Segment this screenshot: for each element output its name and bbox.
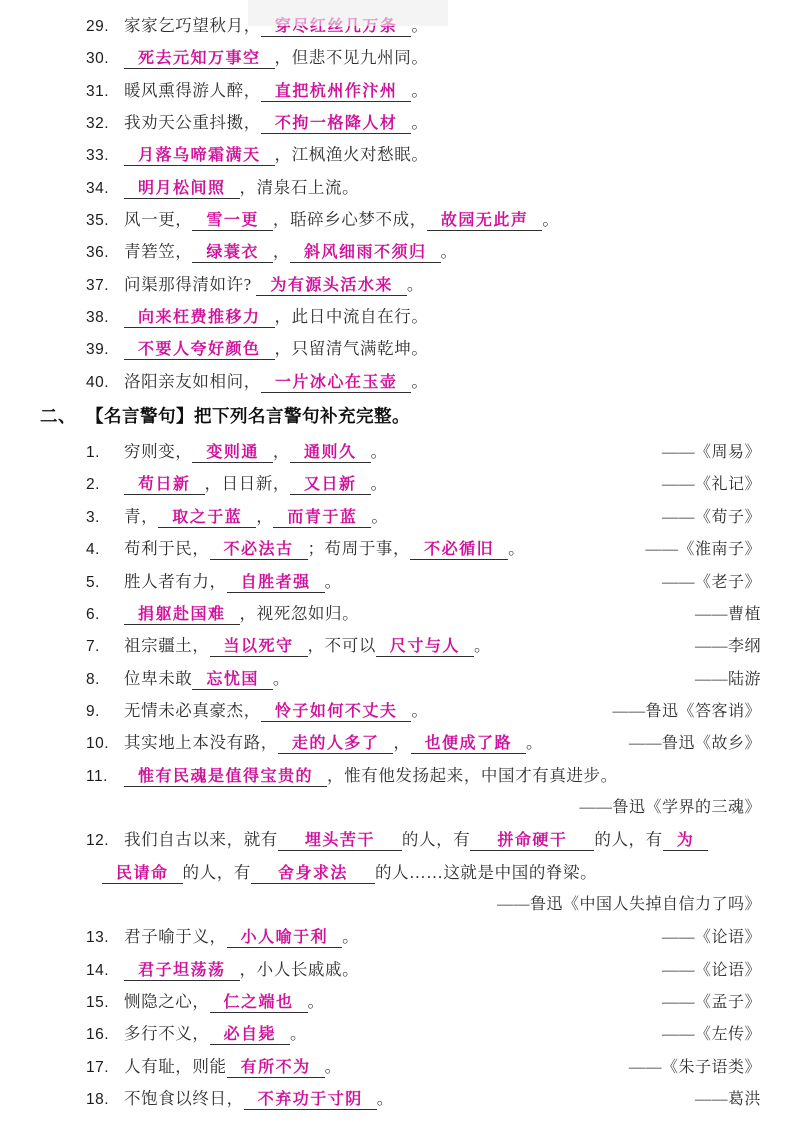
- item-row: 1.穷则变，变则通，通则久。——《周易》: [86, 438, 761, 470]
- answer-blank: 君子坦荡荡: [124, 962, 240, 981]
- item-row: 18.不饱食以终日，不弃功于寸阴。——葛洪: [86, 1085, 761, 1117]
- question-text: ，: [256, 507, 273, 526]
- answer-blank: 向来枉费推移力: [124, 309, 275, 328]
- source-attribution: ——鲁迅《学界的三魂》: [567, 794, 761, 817]
- answer-blank: 月落乌啼霜满天: [124, 147, 275, 166]
- item-row: 8.位卑未敢忘忧国。——陆游: [86, 665, 761, 697]
- item-row: 34.明月松间照，清泉石上流。: [86, 174, 761, 206]
- item-body: 君子喻于义，小人喻于利。: [124, 923, 359, 947]
- item-body: 苟日新，日日新，又日新。: [124, 470, 388, 494]
- item-row: 12.我们自古以来，就有埋头苦干的人，有拼命硬干的人，有为: [86, 826, 761, 858]
- item-row: 32.我劝天公重抖擞，不拘一格降人材。: [86, 109, 761, 141]
- question-text: ，惟有他发扬起来，中国才有真进步。: [327, 766, 618, 785]
- item-body: 胜人者有力，自胜者强。: [124, 568, 342, 592]
- source-attribution: ——《礼记》: [650, 471, 761, 494]
- question-text: 。: [273, 669, 290, 688]
- question-text: 。: [371, 507, 388, 526]
- question-text: ，清泉石上流。: [240, 178, 360, 197]
- item-number: 7.: [86, 638, 124, 656]
- answer-blank: 斜风细雨不须归: [290, 244, 441, 263]
- answer-blank: 舍身求法: [251, 865, 375, 884]
- answer-blank: 自胜者强: [227, 574, 325, 593]
- item-number: 29.: [86, 18, 124, 36]
- answer-blank: 当以死守: [210, 638, 308, 657]
- answer-blank: 捐躯赴国难: [124, 606, 240, 625]
- question-text: 多行不义，: [124, 1024, 210, 1043]
- item-number: 12.: [86, 832, 124, 850]
- question-text: 穷则变，: [124, 442, 192, 461]
- item-row: 16.多行不义，必自毙。——《左传》: [86, 1020, 761, 1052]
- question-text: 洛阳亲友如相问，: [124, 372, 261, 391]
- item-body: 青箬笠，绿蓑衣，斜风细雨不须归。: [124, 238, 458, 262]
- item-number: 1.: [86, 444, 124, 462]
- item-body: 人有耻，则能有所不为。: [124, 1053, 342, 1077]
- question-text: 。: [325, 1057, 342, 1076]
- question-text: 家家乞巧望秋月，: [124, 16, 261, 35]
- item-body: 无情未必真豪杰，怜子如何不丈夫。: [124, 697, 428, 721]
- item-number: 16.: [86, 1026, 124, 1044]
- source-attribution: ——《论语》: [650, 924, 761, 947]
- question-text: 。: [371, 442, 388, 461]
- source-attribution: ——《荀子》: [650, 504, 761, 527]
- item-body: 向来枉费推移力，此日中流自在行。: [124, 303, 428, 327]
- item-row: 4.苟利于民，不必法古；苟周于事，不必循旧。——《淮南子》: [86, 535, 761, 567]
- item-body: 青，取之于蓝，而青于蓝。: [124, 503, 388, 527]
- answer-blank: 怜子如何不丈夫: [261, 703, 412, 722]
- item-number: 33.: [86, 147, 124, 165]
- item-row: 37.问渠那得清如许? 为有源头活水来。: [86, 271, 761, 303]
- answer-blank: 忘忧国: [192, 671, 273, 690]
- item-body: 不饱食以终日，不弃功于寸阴。: [124, 1085, 394, 1109]
- item-body: 我劝天公重抖擞，不拘一格降人材。: [124, 109, 428, 133]
- source-attribution: ——李纲: [683, 633, 761, 656]
- question-text: 。: [325, 572, 342, 591]
- source-attribution: ——《孟子》: [650, 989, 761, 1012]
- question-text: 的人……这就是中国的脊梁。: [375, 863, 597, 882]
- question-text: 。: [542, 210, 559, 229]
- item-body: 君子坦荡荡，小人长戚戚。: [124, 956, 359, 980]
- item-body: 暖风熏得游人醉，直把杭州作汴州。: [124, 77, 428, 101]
- answer-blank: 不要人夸好颜色: [124, 341, 275, 360]
- source-attribution: ——《老子》: [650, 569, 761, 592]
- item-number: 4.: [86, 541, 124, 559]
- item-row: 17.人有耻，则能有所不为。——《朱子语类》: [86, 1053, 761, 1085]
- section-tag: 【名言警句】: [86, 403, 194, 428]
- item-number: 17.: [86, 1059, 124, 1077]
- question-text: 。: [441, 242, 458, 261]
- question-text: ，: [273, 242, 290, 261]
- section-number: 二、: [40, 403, 86, 428]
- item-body: 死去元知万事空，但悲不见九州同。: [124, 44, 428, 68]
- answer-blank: 不必循旧: [410, 541, 508, 560]
- answer-blank: 一片冰心在玉壶: [261, 374, 412, 393]
- source-attribution: ——鲁迅《答客诮》: [600, 698, 761, 721]
- answer-blank: 拼命硬干: [470, 832, 594, 851]
- item-body: 位卑未敢忘忧国。: [124, 665, 290, 689]
- item-number: 37.: [86, 277, 124, 295]
- item-number: 10.: [86, 735, 124, 753]
- section-instruction: 把下列名言警句补充完整。: [194, 403, 410, 428]
- source-attribution: ——曹植: [683, 601, 761, 624]
- answer-blank: 不必法古: [210, 541, 308, 560]
- question-text: 我劝天公重抖擞，: [124, 113, 261, 132]
- item-number: 15.: [86, 994, 124, 1012]
- question-text: 苟利于民，: [124, 539, 210, 558]
- item-row: 7.祖宗疆土，当以死守，不可以尺寸与人。——李纲: [86, 632, 761, 664]
- item-row: 3.青，取之于蓝，而青于蓝。——《荀子》: [86, 503, 761, 535]
- item-row: 14.君子坦荡荡，小人长戚戚。——《论语》: [86, 956, 761, 988]
- source-attribution: ——《淮南子》: [633, 536, 761, 559]
- item-number: 11.: [86, 768, 124, 786]
- item-body: 风一更，雪一更，聒碎乡心梦不成，故园无此声。: [124, 206, 559, 230]
- question-text: 的人，有: [594, 830, 662, 849]
- item-body: 问渠那得清如许? 为有源头活水来。: [124, 271, 424, 295]
- source-row: ——鲁迅《中国人失掉自信力了吗》: [86, 891, 761, 923]
- question-text: 。: [411, 81, 428, 100]
- item-number: 18.: [86, 1091, 124, 1109]
- item-row: 30.死去元知万事空，但悲不见九州同。: [86, 44, 761, 76]
- source-attribution: ——鲁迅《中国人失掉自信力了吗》: [485, 891, 761, 914]
- item-number: 9.: [86, 703, 124, 721]
- answer-blank: 不弃功于寸阴: [244, 1091, 377, 1110]
- question-text: 。: [526, 733, 543, 752]
- scan-artifact: [248, 0, 448, 26]
- question-text: ，不可以: [308, 636, 376, 655]
- question-text: 。: [411, 113, 428, 132]
- item-body: 明月松间照，清泉石上流。: [124, 174, 359, 198]
- item-row: 33.月落乌啼霜满天，江枫渔火对愁眠。: [86, 141, 761, 173]
- question-text: 君子喻于义，: [124, 927, 227, 946]
- item-row: 39.不要人夸好颜色，只留清气满乾坤。: [86, 335, 761, 367]
- answer-blank: 惟有民魂是值得宝贵的: [124, 768, 327, 787]
- item-row: 31.暖风熏得游人醉，直把杭州作汴州。: [86, 77, 761, 109]
- question-text: 。: [290, 1024, 307, 1043]
- item-body: 恻隐之心，仁之端也。: [124, 988, 325, 1012]
- item-number: 8.: [86, 671, 124, 689]
- answer-blank: 小人喻于利: [227, 929, 343, 948]
- answer-blank: 绿蓑衣: [192, 244, 273, 263]
- question-text: 暖风熏得游人醉，: [124, 81, 261, 100]
- item-body: 惟有民魂是值得宝贵的，惟有他发扬起来，中国才有真进步。: [124, 762, 618, 786]
- answer-blank: 走的人多了: [278, 735, 394, 754]
- question-text: 。: [308, 992, 325, 1011]
- item-body: 我们自古以来，就有埋头苦干的人，有拼命硬干的人，有为: [124, 826, 708, 850]
- item-body: 苟利于民，不必法古；苟周于事，不必循旧。: [124, 535, 525, 559]
- question-text: ，: [393, 733, 410, 752]
- question-text: ，视死忽如归。: [240, 604, 360, 623]
- item-number: 31.: [86, 83, 124, 101]
- question-text: 。: [474, 636, 491, 655]
- question-text: ，江枫渔火对愁眠。: [275, 145, 429, 164]
- question-text: 。: [342, 927, 359, 946]
- question-text: 。: [411, 701, 428, 720]
- item-body: 不要人夸好颜色，只留清气满乾坤。: [124, 335, 428, 359]
- question-text: 胜人者有力，: [124, 572, 227, 591]
- item-number: 6.: [86, 606, 124, 624]
- answer-blank: 为有源头活水来: [256, 277, 407, 296]
- item-row: 15.恻隐之心，仁之端也。——《孟子》: [86, 988, 761, 1020]
- question-text: 不饱食以终日，: [124, 1089, 244, 1108]
- question-text: ，: [273, 442, 290, 461]
- question-text: 风一更，: [124, 210, 192, 229]
- item-body: 捐躯赴国难，视死忽如归。: [124, 600, 359, 624]
- item-number: 34.: [86, 180, 124, 198]
- item-row: 40.洛阳亲友如相问，一片冰心在玉壶。: [86, 368, 761, 400]
- answer-blank: 尺寸与人: [376, 638, 474, 657]
- answer-blank: 有所不为: [227, 1059, 325, 1078]
- section-heading: 二、 【名言警句】 把下列名言警句补充完整。: [40, 403, 761, 436]
- question-text: 人有耻，则能: [124, 1057, 227, 1076]
- item-row: 5.胜人者有力，自胜者强。——《老子》: [86, 568, 761, 600]
- item-row: 6.捐躯赴国难，视死忽如归。——曹植: [86, 600, 761, 632]
- question-text: 青箬笠，: [124, 242, 192, 261]
- source-attribution: ——《朱子语类》: [617, 1054, 761, 1077]
- answer-blank: 而青于蓝: [273, 509, 371, 528]
- question-text: 。: [407, 275, 424, 294]
- item-row: 35.风一更，雪一更，聒碎乡心梦不成，故园无此声。: [86, 206, 761, 238]
- item-number: 3.: [86, 509, 124, 527]
- question-text: 。: [371, 474, 388, 493]
- answer-blank: 为: [663, 832, 709, 851]
- source-attribution: ——陆游: [683, 666, 761, 689]
- source-attribution: ——《左传》: [650, 1021, 761, 1044]
- question-text: 。: [377, 1089, 394, 1108]
- answer-blank: 明月松间照: [124, 180, 240, 199]
- worksheet-page: 29.家家乞巧望秋月，穿尽红丝几万条。30.死去元知万事空，但悲不见九州同。31…: [0, 0, 793, 1122]
- source-attribution: ——《论语》: [650, 957, 761, 980]
- famous-sayings-section: 1.穷则变，变则通，通则久。——《周易》2.苟日新，日日新，又日新。——《礼记》…: [86, 438, 761, 1117]
- answer-blank: 死去元知万事空: [124, 50, 275, 69]
- item-number: 2.: [86, 476, 124, 494]
- source-row: ——鲁迅《学界的三魂》: [86, 794, 761, 826]
- question-text: 问渠那得清如许?: [124, 275, 256, 294]
- item-number: 14.: [86, 962, 124, 980]
- item-number: 32.: [86, 115, 124, 133]
- source-attribution: ——葛洪: [683, 1086, 761, 1109]
- question-text: 的人，有: [183, 863, 251, 882]
- item-row: 38.向来枉费推移力，此日中流自在行。: [86, 303, 761, 335]
- item-body: 多行不义，必自毙。: [124, 1020, 307, 1044]
- question-text: ，聒碎乡心梦不成，: [273, 210, 427, 229]
- item-row: 11.惟有民魂是值得宝贵的，惟有他发扬起来，中国才有真进步。: [86, 762, 761, 794]
- item-body: 穷则变，变则通，通则久。: [124, 438, 388, 462]
- question-text: ，日日新，: [205, 474, 291, 493]
- answer-blank: 也便成了路: [411, 735, 527, 754]
- question-text: 位卑未敢: [124, 669, 192, 688]
- item-row: 36.青箬笠，绿蓑衣，斜风细雨不须归。: [86, 238, 761, 270]
- answer-blank: 仁之端也: [210, 994, 308, 1013]
- question-text: 无情未必真豪杰，: [124, 701, 261, 720]
- answer-blank: 不拘一格降人材: [261, 115, 412, 134]
- item-body: 民请命的人，有舍身求法的人……这就是中国的脊梁。: [102, 859, 597, 883]
- question-text: 我们自古以来，就有: [124, 830, 278, 849]
- item-body: 月落乌啼霜满天，江枫渔火对愁眠。: [124, 141, 428, 165]
- item-number: 38.: [86, 309, 124, 327]
- item-row: 民请命的人，有舍身求法的人……这就是中国的脊梁。: [86, 859, 761, 891]
- answer-blank: 又日新: [290, 476, 371, 495]
- answer-blank: 必自毙: [210, 1026, 291, 1045]
- answer-blank: 雪一更: [192, 212, 273, 231]
- item-row: 10.其实地上本没有路，走的人多了，也便成了路。——鲁迅《故乡》: [86, 729, 761, 761]
- answer-blank: 苟日新: [124, 476, 205, 495]
- question-text: ，只留清气满乾坤。: [275, 339, 429, 358]
- answer-blank: 取之于蓝: [158, 509, 256, 528]
- item-number: 35.: [86, 212, 124, 230]
- answer-blank: 故园无此声: [427, 212, 543, 231]
- question-text: 其实地上本没有路，: [124, 733, 278, 752]
- item-body: 洛阳亲友如相问，一片冰心在玉壶。: [124, 368, 428, 392]
- question-text: 。: [411, 372, 428, 391]
- source-attribution: ——《周易》: [650, 439, 761, 462]
- source-attribution: ——鲁迅《故乡》: [617, 730, 761, 753]
- question-text: 的人，有: [402, 830, 470, 849]
- item-row: 9.无情未必真豪杰，怜子如何不丈夫。——鲁迅《答客诮》: [86, 697, 761, 729]
- item-row: 2.苟日新，日日新，又日新。——《礼记》: [86, 470, 761, 502]
- item-body: 其实地上本没有路，走的人多了，也便成了路。: [124, 729, 543, 753]
- answer-blank: 民请命: [102, 865, 183, 884]
- item-body: 祖宗疆土，当以死守，不可以尺寸与人。: [124, 632, 491, 656]
- item-number: 5.: [86, 574, 124, 592]
- answer-blank: 直把杭州作汴州: [261, 83, 412, 102]
- answer-blank: 埋头苦干: [278, 832, 402, 851]
- item-number: 30.: [86, 50, 124, 68]
- question-text: ；苟周于事，: [308, 539, 411, 558]
- item-number: 39.: [86, 341, 124, 359]
- question-text: ，小人长戚戚。: [240, 960, 360, 979]
- question-text: 恻隐之心，: [124, 992, 210, 1011]
- poetry-fill-in-section: 29.家家乞巧望秋月，穿尽红丝几万条。30.死去元知万事空，但悲不见九州同。31…: [86, 12, 761, 400]
- item-number: 13.: [86, 929, 124, 947]
- answer-blank: 通则久: [290, 444, 371, 463]
- question-text: ，此日中流自在行。: [275, 307, 429, 326]
- item-number: 36.: [86, 244, 124, 262]
- item-row: 13.君子喻于义，小人喻于利。——《论语》: [86, 923, 761, 955]
- question-text: 青，: [124, 507, 158, 526]
- question-text: ，但悲不见九州同。: [275, 48, 429, 67]
- item-number: 40.: [86, 374, 124, 392]
- answer-blank: 变则通: [192, 444, 273, 463]
- question-text: 祖宗疆土，: [124, 636, 210, 655]
- question-text: 。: [508, 539, 525, 558]
